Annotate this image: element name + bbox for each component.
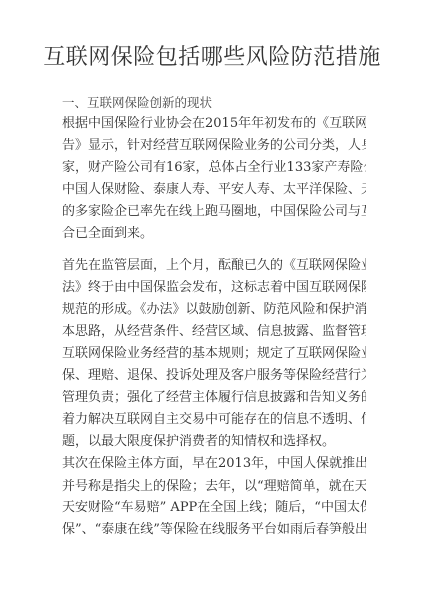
paragraph-line: 着力解决互联网自主交易中可能存在的信息不透明、信息不对称等问 (62, 412, 366, 428)
paragraph-line: 管理负责；强化了经营主体履行信息披露和告知义务的内容和方式， (62, 390, 366, 406)
paragraph-line: 题，以最大限度保护消费者的知情权和选择权。 (62, 434, 366, 450)
paragraph-line: 规范的形成。《办法》以鼓励创新、防范风险和保护消费者权益为基 (62, 302, 366, 318)
document-title: 互联网保险包括哪些风险防范措施 (0, 40, 424, 71)
paragraph-line: 其次在保险主体方面，早在2013年，中国人保就推出“掌上人保”， (62, 456, 366, 472)
section-heading: 一、互联网保险创新的现状 (62, 93, 212, 111)
paragraph-line: 天安财险“车易赔” APP在全国上线；随后，“中国太保”“大地通 (62, 500, 366, 516)
paragraph-line: 保”、“泰康在线”等保险在线服务平台如雨后春笋般出现，可见， (62, 522, 366, 538)
paragraph-line: 互联网保险业务经营的基本规则；规定了互联网保险业务的销售、承 (62, 346, 366, 362)
paragraph-line: 本思路，从经营条件、经营区域、信息披露、监督管理等方面明确了 (62, 324, 366, 340)
paragraph-line: 中国人保财险、泰康人寿、平安人寿、太平洋保险、天安财险等 在内 (62, 182, 366, 198)
paragraph-line: 首先在监管层面，上个月，酝酿已久的《互联网保险业务监管暂行办 (62, 258, 366, 274)
paragraph-line: 法》终于由中国保监会发布，这标志着中国互联网保险业务基础监管 (62, 280, 366, 296)
paragraph-line: 合已全面到来。 (62, 226, 366, 242)
paragraph-line: 根据中国保险行业协会在2015年年初发布的《互联网保险行业发展 报 (62, 116, 366, 132)
paragraph-line: 保、理赔、退保、投诉处理及客户服务等保险经营行为应由保险机构 (62, 368, 366, 384)
paragraph-line: 家，财产险公司有16家，总体占全行业133家产寿险公司的45%。 包括 (62, 160, 366, 176)
document-page: 互联网保险包括哪些风险防范措施 一、互联网保险创新的现状 根据中国保险行业协会在… (0, 0, 424, 600)
paragraph-line: 并号称是指尖上的保险；去年，以“理赔简单，就在天安”为口号的 (62, 479, 366, 495)
paragraph-line: 的多家险企已率先在线上跑马圈地，中国保险公司与互联网的深 度融 (62, 204, 366, 220)
paragraph-line: 告》显示，针对经营互联网保险业务的公司分类，人身险公司有 44 (62, 138, 366, 154)
